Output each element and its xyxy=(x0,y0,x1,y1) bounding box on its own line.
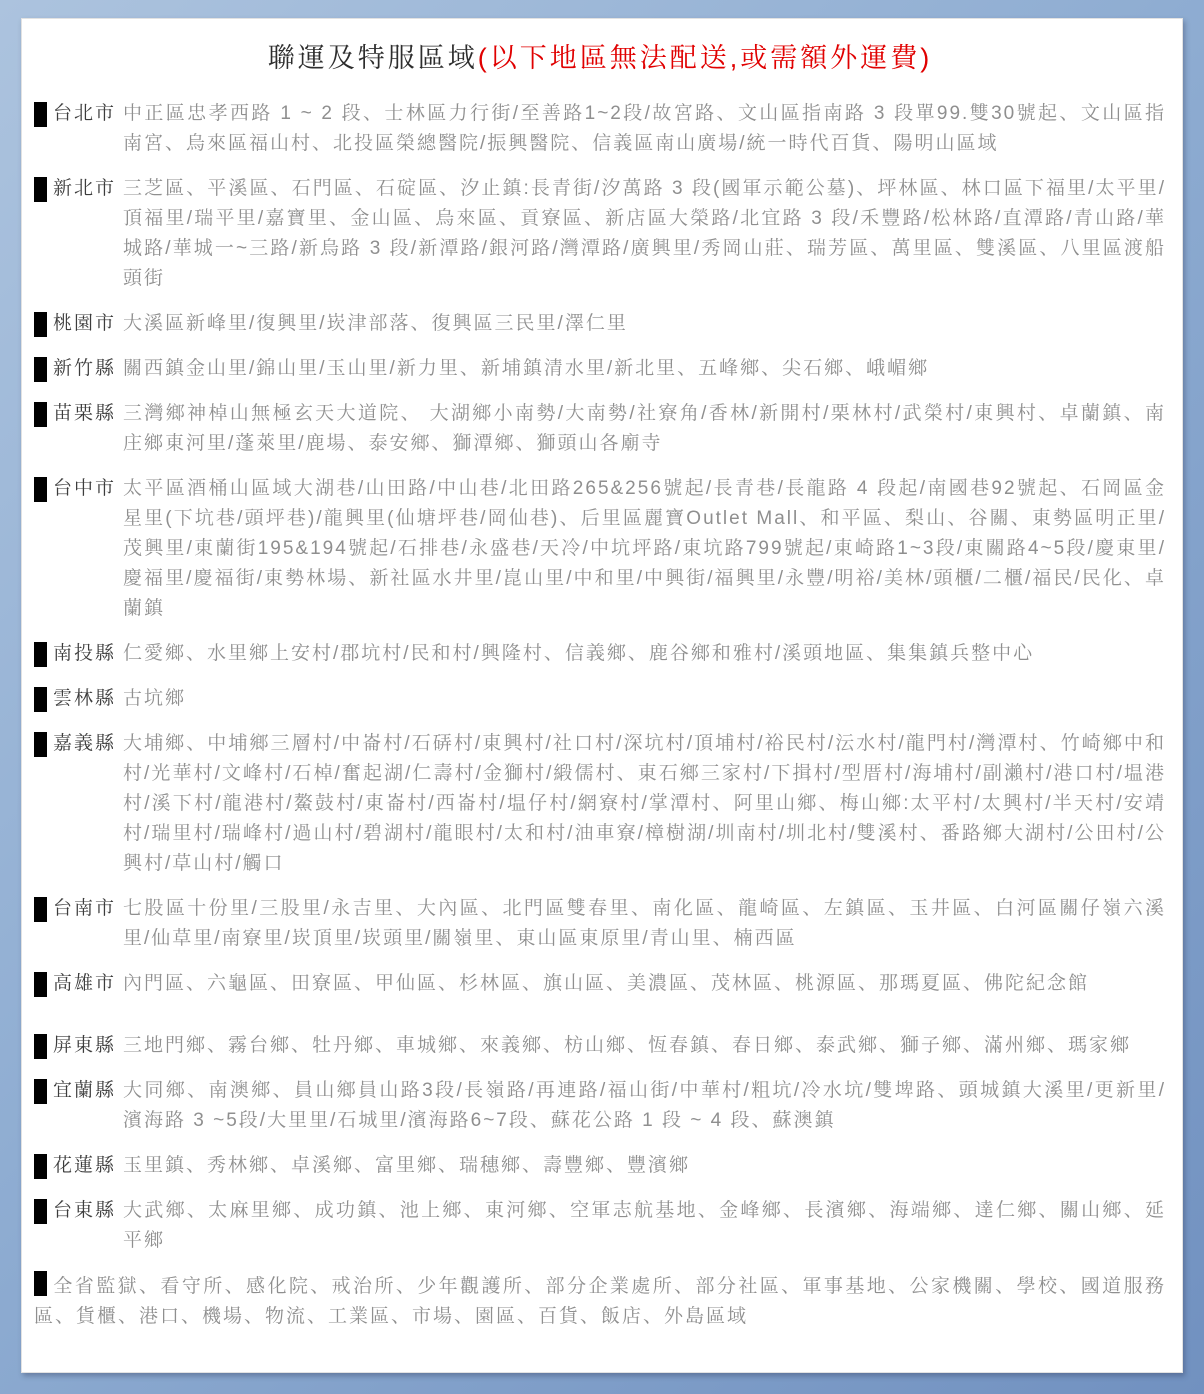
page-title-main: 聯運及特服區域 xyxy=(268,43,478,73)
region-label: 屏東縣 xyxy=(53,1031,117,1061)
black-bar-marker xyxy=(34,1034,47,1059)
region-label: 苗栗縣 xyxy=(53,399,117,429)
region-areas: 古坑鄉 xyxy=(123,684,1166,714)
black-bar-marker xyxy=(34,312,47,337)
region-label: 嘉義縣 xyxy=(53,729,117,759)
page-title: 聯運及特服區域(以下地區無法配送,或需額外運費) xyxy=(34,39,1166,77)
region-row-hualien: 花蓮縣 玉里鎮、秀林鄉、卓溪鄉、富里鄉、瑞穗鄉、壽豐鄉、豐濱鄉 xyxy=(34,1151,1166,1181)
region-areas: 三灣鄉神棹山無極玄天大道院、 大湖鄉小南勢/大南勢/社寮角/香林/新開村/栗林村… xyxy=(123,399,1166,459)
black-bar-marker xyxy=(34,477,47,502)
region-row-new-taipei: 新北市 三芝區、平溪區、石門區、石碇區、汐止鎮:長青街/汐萬路 3 段(國軍示範… xyxy=(34,174,1166,294)
region-label: 南投縣 xyxy=(53,639,117,669)
region-areas: 大埔鄉、中埔鄉三層村/中崙村/石硦村/東興村/社口村/深坑村/頂埔村/裕民村/沄… xyxy=(123,729,1166,879)
region-areas: 全省監獄、看守所、感化院、戒治所、少年觀護所、部分企業處所、部分社區、軍事基地、… xyxy=(34,1276,1166,1327)
region-row-taipei: 台北市 中正區忠孝西路 1 ~ 2 段、士林區力行街/至善路1~2段/故宮路、文… xyxy=(34,99,1166,159)
region-row-taoyuan: 桃園市 大溪區新峰里/復興里/崁津部落、復興區三民里/澤仁里 xyxy=(34,309,1166,339)
blue-frame: 聯運及特服區域(以下地區無法配送,或需額外運費) 台北市 中正區忠孝西路 1 ~… xyxy=(0,0,1204,1394)
region-areas: 關西鎮金山里/錦山里/玉山里/新力里、新埔鎮清水里/新北里、五峰鄉、尖石鄉、峨嵋… xyxy=(123,354,1166,384)
region-row-nantou: 南投縣 仁愛鄉、水里鄉上安村/郡坑村/民和村/興隆村、信義鄉、鹿谷鄉和雅村/溪頭… xyxy=(34,639,1166,669)
region-areas: 三芝區、平溪區、石門區、石碇區、汐止鎮:長青街/汐萬路 3 段(國軍示範公墓)、… xyxy=(123,174,1166,294)
region-row-tainan: 台南市 七股區十份里/三股里/永吉里、大內區、北門區雙春里、南化區、龍崎區、左鎮… xyxy=(34,894,1166,954)
black-bar-marker xyxy=(34,357,47,382)
black-bar-marker xyxy=(34,1199,47,1224)
black-bar-marker xyxy=(34,972,47,997)
black-bar-marker xyxy=(34,102,47,127)
region-row-hsinchu: 新竹縣 關西鎮金山里/錦山里/玉山里/新力里、新埔鎮清水里/新北里、五峰鄉、尖石… xyxy=(34,354,1166,384)
black-bar-marker xyxy=(34,177,47,202)
region-row-chiayi: 嘉義縣 大埔鄉、中埔鄉三層村/中崙村/石硦村/東興村/社口村/深坑村/頂埔村/裕… xyxy=(34,729,1166,879)
region-label: 雲林縣 xyxy=(53,684,117,714)
region-label: 新竹縣 xyxy=(53,354,117,384)
black-bar-marker xyxy=(34,1154,47,1179)
region-label: 新北市 xyxy=(53,174,117,204)
region-areas: 內門區、六龜區、田寮區、甲仙區、杉林區、旗山區、美濃區、茂林區、桃源區、那瑪夏區… xyxy=(123,969,1166,999)
region-label: 台南市 xyxy=(53,894,117,924)
region-areas: 仁愛鄉、水里鄉上安村/郡坑村/民和村/興隆村、信義鄉、鹿谷鄉和雅村/溪頭地區、集… xyxy=(123,639,1166,669)
region-row-yunlin: 雲林縣 古坑鄉 xyxy=(34,684,1166,714)
region-label: 花蓮縣 xyxy=(53,1151,117,1181)
region-areas: 太平區酒桶山區域大湖巷/山田路/中山巷/北田路265&256號起/長青巷/長龍路… xyxy=(123,474,1166,624)
region-label: 桃園市 xyxy=(53,309,117,339)
region-row-kaohsiung: 高雄市 內門區、六龜區、田寮區、甲仙區、杉林區、旗山區、美濃區、茂林區、桃源區、… xyxy=(34,969,1166,999)
region-row-yilan: 宜蘭縣 大同鄉、南澳鄉、員山鄉員山路3段/長嶺路/再連路/福山街/中華村/粗坑/… xyxy=(34,1076,1166,1136)
region-row-miaoli: 苗栗縣 三灣鄉神棹山無極玄天大道院、 大湖鄉小南勢/大南勢/社寮角/香林/新開村… xyxy=(34,399,1166,459)
black-bar-marker xyxy=(34,1271,47,1296)
page-title-note: (以下地區無法配送,或需額外運費) xyxy=(478,43,932,73)
black-bar-marker xyxy=(34,1079,47,1104)
region-row-taitung: 台東縣 大武鄉、太麻里鄉、成功鎮、池上鄉、東河鄉、空軍志航基地、金峰鄉、長濱鄉、… xyxy=(34,1196,1166,1256)
region-label: 台北市 xyxy=(53,99,117,129)
region-label: 高雄市 xyxy=(53,969,117,999)
region-areas: 中正區忠孝西路 1 ~ 2 段、士林區力行街/至善路1~2段/故宮路、文山區指南… xyxy=(123,99,1166,159)
black-bar-marker xyxy=(34,402,47,427)
region-areas: 玉里鎮、秀林鄉、卓溪鄉、富里鄉、瑞穗鄉、壽豐鄉、豐濱鄉 xyxy=(123,1151,1166,1181)
region-row-taichung: 台中市 太平區酒桶山區域大湖巷/山田路/中山巷/北田路265&256號起/長青巷… xyxy=(34,474,1166,624)
region-row-province-wide: 全省監獄、看守所、感化院、戒治所、少年觀護所、部分企業處所、部分社區、軍事基地、… xyxy=(34,1271,1166,1332)
black-bar-marker xyxy=(34,732,47,757)
region-row-pingtung: 屏東縣 三地門鄉、霧台鄉、牡丹鄉、車城鄉、來義鄉、枋山鄉、恆春鎮、春日鄉、泰武鄉… xyxy=(34,1031,1166,1061)
black-bar-marker xyxy=(34,687,47,712)
region-label: 台中市 xyxy=(53,474,117,504)
black-bar-marker xyxy=(34,897,47,922)
region-areas: 大武鄉、太麻里鄉、成功鎮、池上鄉、東河鄉、空軍志航基地、金峰鄉、長濱鄉、海端鄉、… xyxy=(123,1196,1166,1256)
region-areas: 三地門鄉、霧台鄉、牡丹鄉、車城鄉、來義鄉、枋山鄉、恆春鎮、春日鄉、泰武鄉、獅子鄉… xyxy=(123,1031,1166,1061)
region-areas: 大同鄉、南澳鄉、員山鄉員山路3段/長嶺路/再連路/福山街/中華村/粗坑/冷水坑/… xyxy=(123,1076,1166,1136)
region-areas: 七股區十份里/三股里/永吉里、大內區、北門區雙春里、南化區、龍崎區、左鎮區、玉井… xyxy=(123,894,1166,954)
notice-page: 聯運及特服區域(以下地區無法配送,或需額外運費) 台北市 中正區忠孝西路 1 ~… xyxy=(21,18,1183,1373)
region-label: 台東縣 xyxy=(53,1196,117,1226)
region-areas: 大溪區新峰里/復興里/崁津部落、復興區三民里/澤仁里 xyxy=(123,309,1166,339)
region-label: 宜蘭縣 xyxy=(53,1076,117,1106)
black-bar-marker xyxy=(34,642,47,667)
